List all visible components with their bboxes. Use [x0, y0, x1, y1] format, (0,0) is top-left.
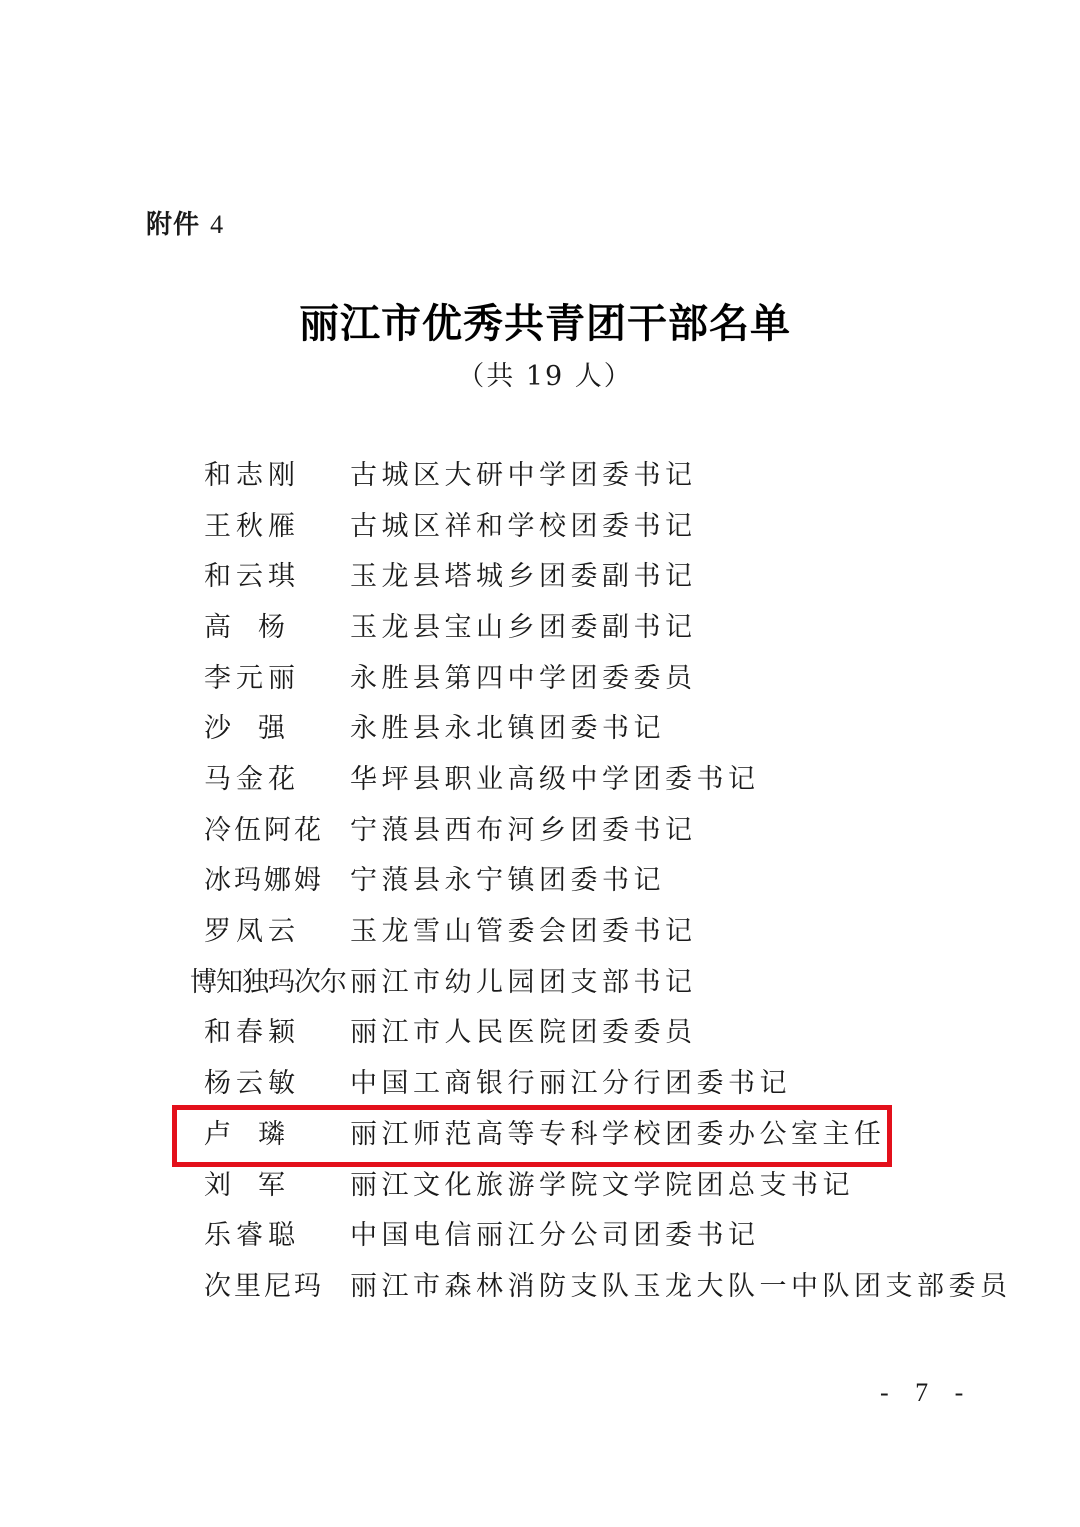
list-item: 乐睿聪 中国电信丽江分公司团委书记: [0, 1211, 1080, 1261]
honoree-role: 华坪县职业高级中学团委书记: [350, 755, 760, 805]
honoree-name: 乐睿聪: [204, 1211, 324, 1261]
honoree-name: 次里尼玛: [204, 1262, 324, 1312]
honoree-role: 永胜县第四中学团委委员: [350, 654, 697, 704]
honoree-role: 玉龙县宝山乡团委副书记: [350, 603, 697, 653]
page-number: - 7 -: [880, 1378, 973, 1408]
honoree-name: 马金花: [204, 755, 324, 805]
honoree-name: 罗凤云: [204, 907, 324, 957]
honoree-role: 丽江市幼儿园团支部书记: [350, 958, 697, 1008]
list-item: 李元丽 永胜县第四中学团委委员: [0, 654, 1080, 704]
honoree-role: 永胜县永北镇团委书记: [350, 704, 665, 754]
list-item: 冰玛娜姆 宁蒗县永宁镇团委书记: [0, 856, 1080, 906]
attachment-number: 4: [210, 210, 224, 239]
honoree-role: 丽江市森林消防支队玉龙大队一中队团支部委员: [350, 1262, 1012, 1312]
list-item: 沙 强 永胜县永北镇团委书记: [0, 704, 1080, 754]
honoree-name: 冰玛娜姆: [204, 856, 324, 906]
honoree-name: 高 杨: [204, 603, 324, 653]
honoree-name: 李元丽: [204, 654, 324, 704]
honoree-role: 丽江市人民医院团委委员: [350, 1008, 697, 1058]
list-item: 和志刚 古城区大研中学团委书记: [0, 451, 1080, 501]
list-item: 杨云敏 中国工商银行丽江分行团委书记: [0, 1059, 1080, 1109]
list-item: 和云琪 玉龙县塔城乡团委副书记: [0, 552, 1080, 602]
honoree-role: 丽江文化旅游学院文学院团总支书记: [350, 1161, 854, 1211]
list-item: 高 杨 玉龙县宝山乡团委副书记: [0, 603, 1080, 653]
list-item: 刘 军 丽江文化旅游学院文学院团总支书记: [0, 1161, 1080, 1211]
honoree-role: 宁蒗县西布河乡团委书记: [350, 806, 697, 856]
honoree-name: 和春颖: [204, 1008, 324, 1058]
honoree-role: 中国电信丽江分公司团委书记: [350, 1211, 760, 1261]
highlight-box: [172, 1105, 892, 1167]
list-item: 次里尼玛 丽江市森林消防支队玉龙大队一中队团支部委员: [0, 1262, 1080, 1312]
honoree-name: 博知独玛次尔: [190, 958, 310, 1008]
honoree-role: 古城区祥和学校团委书记: [350, 502, 697, 552]
list-item: 王秋雁 古城区祥和学校团委书记: [0, 502, 1080, 552]
list-item: 罗凤云 玉龙雪山管委会团委书记: [0, 907, 1080, 957]
honoree-role: 玉龙县塔城乡团委副书记: [350, 552, 697, 602]
honoree-name: 杨云敏: [204, 1059, 324, 1109]
honoree-name: 王秋雁: [204, 502, 324, 552]
list-item: 冷伍阿花 宁蒗县西布河乡团委书记: [0, 806, 1080, 856]
honoree-role: 中国工商银行丽江分行团委书记: [350, 1059, 791, 1109]
honoree-role: 玉龙雪山管委会团委书记: [350, 907, 697, 957]
attachment-label-text: 附件: [146, 210, 200, 240]
document-title: 丽江市优秀共青团干部名单: [0, 292, 1080, 349]
honoree-role: 古城区大研中学团委书记: [350, 451, 697, 501]
honoree-name: 和云琪: [204, 552, 324, 602]
list-item: 博知独玛次尔 丽江市幼儿园团支部书记: [0, 958, 1080, 1008]
attachment-label: 附件 4: [146, 204, 224, 241]
honoree-name: 冷伍阿花: [204, 806, 324, 856]
honoree-role: 宁蒗县永宁镇团委书记: [350, 856, 665, 906]
document-subtitle: （共 19 人）: [0, 354, 1080, 393]
list-item: 和春颖 丽江市人民医院团委委员: [0, 1008, 1080, 1058]
list-item: 马金花 华坪县职业高级中学团委书记: [0, 755, 1080, 805]
honoree-name: 刘 军: [204, 1161, 324, 1211]
honoree-name: 沙 强: [204, 704, 324, 754]
honoree-name: 和志刚: [204, 451, 324, 501]
